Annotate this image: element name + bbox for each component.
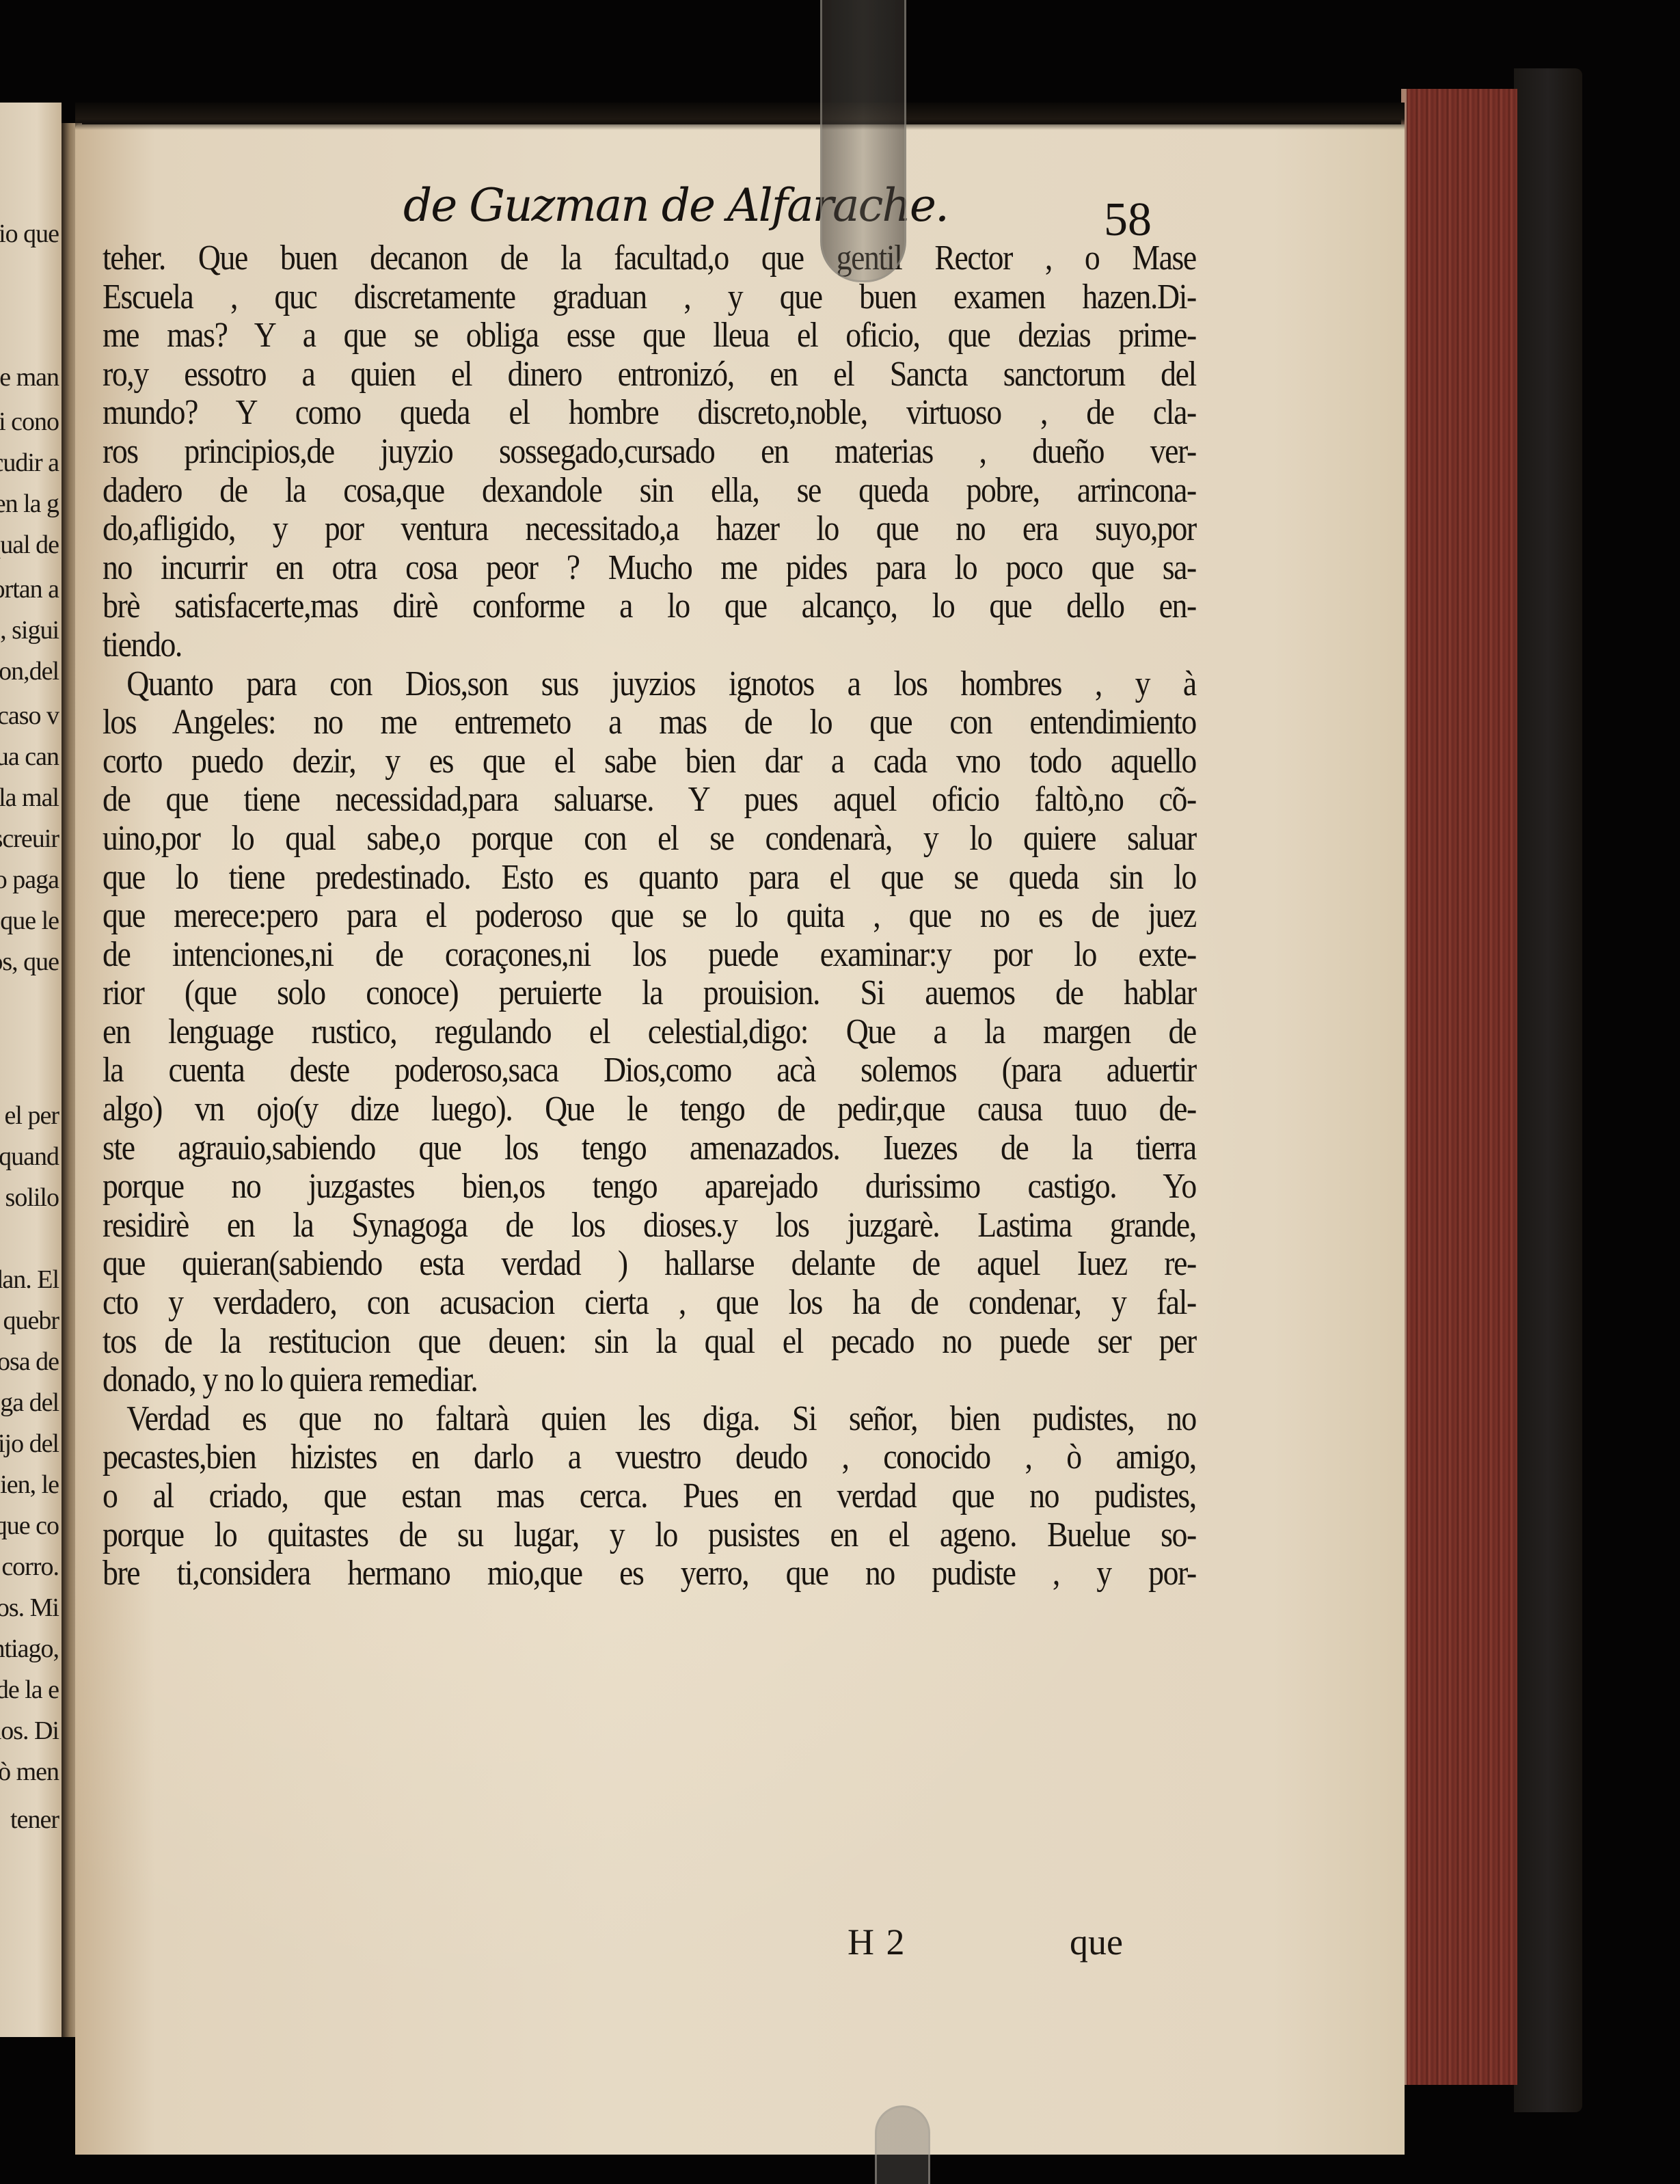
text-line: ros principios,de juyzio sossegado,cursa… xyxy=(103,433,1196,472)
text-line: de que tiene necessidad,para saluarse. Y… xyxy=(103,781,1196,820)
facing-line: rgo solilo xyxy=(0,1183,59,1213)
facing-line: brò el per xyxy=(0,1101,59,1131)
facing-line: nos de la e xyxy=(0,1675,59,1705)
facing-line: porton,del xyxy=(0,656,59,686)
facing-line: lgate la mal xyxy=(0,783,59,813)
facing-line: ne a caso v xyxy=(0,701,59,731)
text-line: mundo? Y como queda el hombre discreto,n… xyxy=(103,394,1196,433)
facing-line: as ò men xyxy=(0,1757,59,1787)
facing-line: la dan. El xyxy=(0,1265,59,1295)
facing-line: dos. Di xyxy=(0,1716,59,1746)
text-line: Quanto para con Dios,son sus juyzios ign… xyxy=(103,665,1196,704)
text-line: que lo tiene predestinado. Esto es quant… xyxy=(103,859,1196,898)
text-line: bre ti,considera hermano mio,que es yerr… xyxy=(103,1554,1196,1593)
text-line: ste agrauio,sabiendo que los tengo amena… xyxy=(103,1129,1196,1168)
facing-line: antiago, xyxy=(0,1634,59,1664)
text-line: no incurrir en otra cosa peor ? Mucho me… xyxy=(103,549,1196,588)
facing-line: to acudir a xyxy=(0,448,59,478)
text-line: ro,y essotro a quien el dinero entronizó… xyxy=(103,355,1196,394)
facing-page-fragment: siloquio que s no te man e , y si cono t… xyxy=(0,103,62,2037)
text-line: porque no juzgastes bien,os tengo aparej… xyxy=(103,1168,1196,1206)
text-line: en lenguage rustico, regulando el celest… xyxy=(103,1013,1196,1052)
text-line: que quieran(sabiendo esta verdad ) halla… xyxy=(103,1245,1196,1284)
facing-line: siloquio que xyxy=(0,219,59,249)
page-top-shadow xyxy=(75,103,1405,130)
facing-line: importan a xyxy=(0,574,59,604)
facing-line: sija quebr xyxy=(0,1306,59,1336)
text-line: algo) vn ojo(y dize luego). Que le tengo… xyxy=(103,1090,1196,1129)
facing-line: ne lo paga xyxy=(0,865,59,895)
signature-mark: H 2 xyxy=(848,1921,906,1963)
text-line: Escuela , quc discretamente graduan , y … xyxy=(103,278,1196,317)
facing-line: tener xyxy=(10,1805,59,1835)
text-line: o al criado, que estan mas cerca. Pues e… xyxy=(103,1477,1196,1516)
text-line: porque lo quitastes de su lugar, y lo pu… xyxy=(103,1516,1196,1555)
page-clip-bottom xyxy=(875,2105,930,2184)
text-line: me mas? Y a que se obliga esse que lleua… xyxy=(103,316,1196,355)
facing-line: era cosa de xyxy=(0,1347,59,1377)
text-line: corto puedo dezir, y es que el sabe bien… xyxy=(103,742,1196,781)
text-line: que merece:pero para el poderoso que se … xyxy=(103,897,1196,936)
text-line: cto y verdadero, con acusacion cierta , … xyxy=(103,1284,1196,1323)
facing-line: ileros. Mi xyxy=(0,1593,59,1623)
text-line: donado, y no lo quiera remediar. xyxy=(103,1361,1196,1400)
facing-line: las yua can xyxy=(0,742,59,772)
text-line: residirè en la Synagoga de los dioses.y … xyxy=(103,1206,1196,1245)
text-line: brè satisfacerte,mas dirè conforme a lo … xyxy=(103,587,1196,626)
facing-line: rre en la g xyxy=(0,489,59,519)
body-text: teher. Que buen decanon de la facultad,o… xyxy=(103,239,1196,1593)
text-line: tiendo. xyxy=(103,626,1196,665)
catchword: que xyxy=(1070,1921,1123,1963)
text-line: teher. Que buen decanon de la facultad,o… xyxy=(103,239,1196,278)
text-line: los Angeles: no me entremeto a mas de lo… xyxy=(103,703,1196,742)
facing-line: soga del xyxy=(0,1388,59,1418)
facing-line: s no te man xyxy=(0,362,59,392)
facing-line: o sè quand xyxy=(0,1142,59,1172)
page-clip-top xyxy=(820,0,906,282)
facing-line: r escreuir xyxy=(0,824,59,854)
text-line: de intenciones,ni de coraçones,ni los pu… xyxy=(103,936,1196,975)
facing-line: n que co xyxy=(0,1511,59,1541)
facing-line: o hijo del xyxy=(0,1429,59,1459)
facing-line: n corro. xyxy=(0,1552,59,1582)
facing-line: ò de que le xyxy=(0,906,59,936)
facing-line: ocios, que xyxy=(0,947,59,977)
text-line: la cuenta deste poderoso,saca Dios,como … xyxy=(103,1051,1196,1090)
facing-line: e , y si cono xyxy=(0,407,59,437)
text-line: rior (que solo conoce) peruierte la prou… xyxy=(103,974,1196,1013)
text-line: do,afligido, y por ventura necessitado,a… xyxy=(103,510,1196,549)
text-line: uino,por lo qual sabe,o porque con el se… xyxy=(103,820,1196,859)
red-fore-edge xyxy=(1401,89,1517,2085)
facing-line: o bien, le xyxy=(0,1470,59,1500)
book-cover-board xyxy=(1514,68,1582,2112)
facing-line: enda , sigui xyxy=(0,615,59,645)
text-line: tos de la restitucion que deuen: sin la … xyxy=(103,1323,1196,1362)
text-line: dadero de la cosa,que dexandole sin ella… xyxy=(103,472,1196,511)
text-line: Verdad es que no faltarà quien les diga.… xyxy=(103,1400,1196,1439)
facing-line: zir qual de xyxy=(0,530,59,560)
text-line: pecastes,bien hizistes en darlo a vuestr… xyxy=(103,1438,1196,1477)
